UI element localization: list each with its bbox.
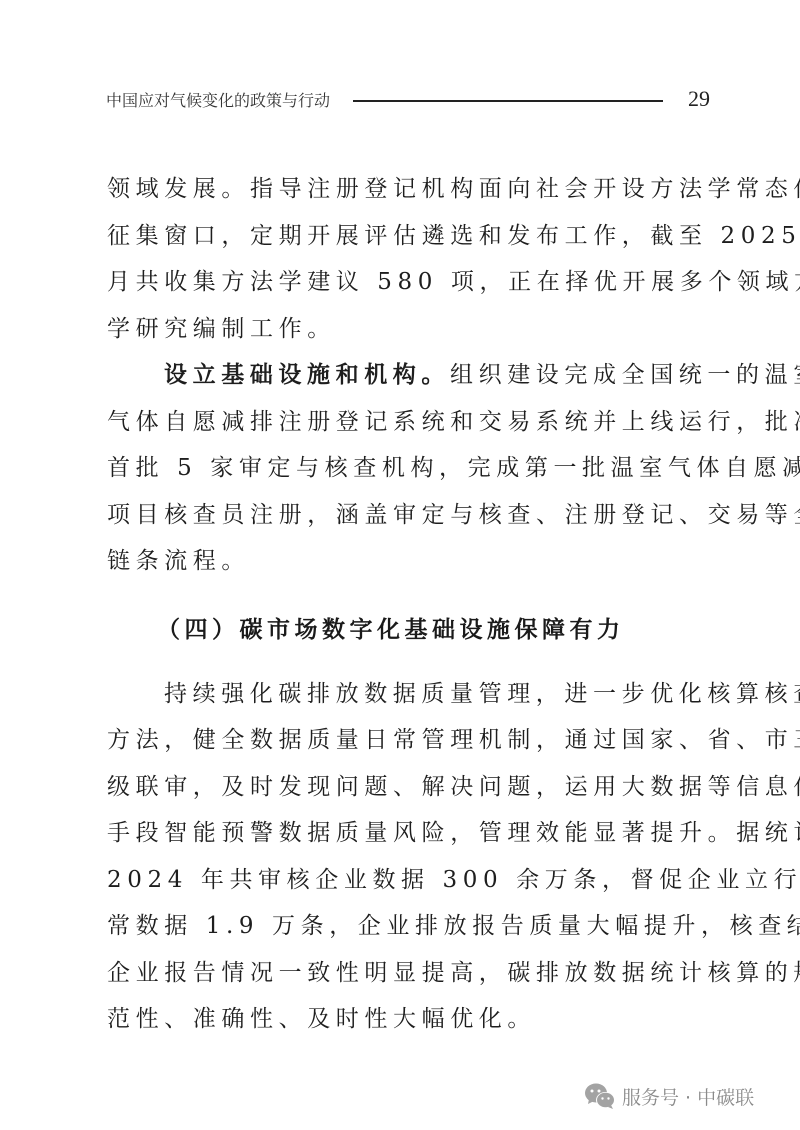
paragraph-infrastructure: 设立基础设施和机构。组织建设完成全国统一的温室 气体自愿减排注册登记系统和交易系…: [107, 352, 707, 585]
text-line: 企业报告情况一致性明显提高，碳排放数据统计核算的规: [107, 950, 707, 997]
text-line: 气体自愿减排注册登记系统和交易系统并上线运行，批准: [107, 399, 707, 446]
wechat-watermark: 服务号 · 中碳联: [584, 1080, 754, 1112]
text-line: 征集窗口，定期开展评估遴选和发布工作，截至 2025 年 8: [107, 213, 707, 260]
text-line: 手段智能预警数据质量风险，管理效能显著提升。据统计，: [107, 810, 707, 857]
paragraph-data-quality: 持续强化碳排放数据质量管理，进一步优化核算核查 方法，健全数据质量日常管理机制，…: [107, 671, 707, 1043]
text-line: 范性、准确性、及时性大幅优化。: [107, 996, 707, 1043]
header-rule: [353, 100, 663, 102]
wechat-icon: [584, 1082, 616, 1110]
paragraph-lead-bold: 设立基础设施和机构。: [164, 362, 450, 388]
watermark-text: 服务号 · 中碳联: [622, 1083, 754, 1110]
text-line: 首批 5 家审定与核查机构，完成第一批温室气体自愿减排: [107, 445, 707, 492]
text-line: 项目核查员注册，涵盖审定与核查、注册登记、交易等全: [107, 492, 707, 539]
text-line: 月共收集方法学建议 580 项，正在择优开展多个领域方法: [107, 259, 707, 306]
body-text: 领域发展。指导注册登记机构面向社会开设方法学常态化 征集窗口，定期开展评估遴选和…: [107, 166, 707, 1043]
running-header-title: 中国应对气候变化的政策与行动: [106, 88, 330, 111]
text-line-first: 持续强化碳排放数据质量管理，进一步优化核算核查: [107, 671, 707, 718]
text-line: 链条流程。: [107, 538, 707, 585]
text-line: 级联审，及时发现问题、解决问题，运用大数据等信息化: [107, 764, 707, 811]
text-line: 常数据 1.9 万条，企业排放报告质量大幅提升，核查结果与: [107, 903, 707, 950]
text-line: 领域发展。指导注册登记机构面向社会开设方法学常态化: [107, 166, 707, 213]
page-number: 29: [688, 86, 710, 112]
section-heading: （四）碳市场数字化基础设施保障有力: [107, 607, 707, 653]
text-line-first: 设立基础设施和机构。组织建设完成全国统一的温室: [107, 352, 707, 399]
text-line: 2024 年共审核企业数据 300 余万条，督促企业立行立改异: [107, 857, 707, 904]
text-line: 学研究编制工作。: [107, 306, 707, 353]
text-line-rest: 组织建设完成全国统一的温室: [450, 362, 800, 388]
paragraph-methodology: 领域发展。指导注册登记机构面向社会开设方法学常态化 征集窗口，定期开展评估遴选和…: [107, 166, 707, 352]
page-header: 中国应对气候变化的政策与行动 29: [106, 86, 716, 116]
text-line: 方法，健全数据质量日常管理机制，通过国家、省、市三: [107, 717, 707, 764]
